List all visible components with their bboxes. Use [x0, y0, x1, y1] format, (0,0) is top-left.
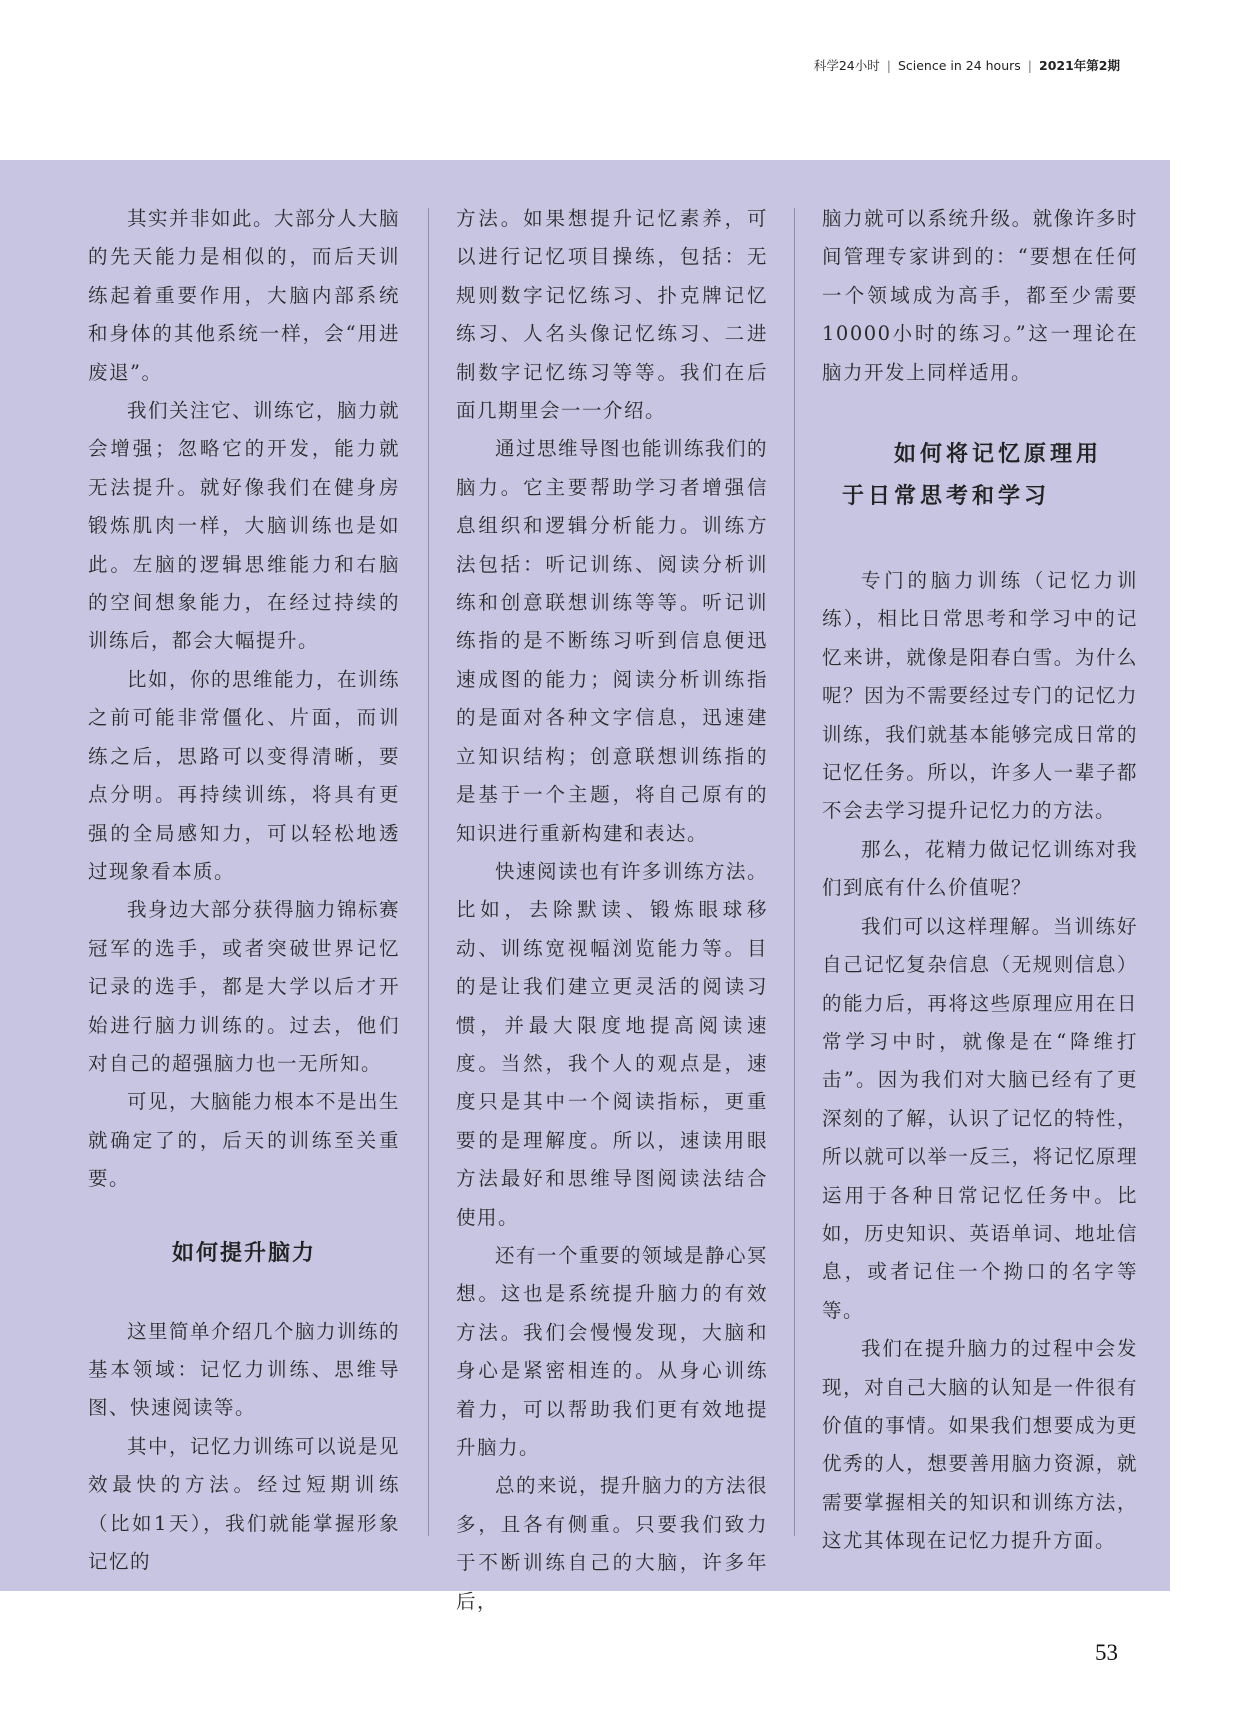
- paragraph: 总的来说，提升脑力的方法很多，且各有侧重。只要我们致力于不断训练自己的大脑，许多…: [456, 1467, 768, 1621]
- paragraph: 这里简单介绍几个脑力训练的基本领域：记忆力训练、思维导图、快速阅读等。: [88, 1313, 400, 1428]
- header-separator: |: [1028, 58, 1032, 73]
- magazine-title-en: Science in 24 hours: [898, 58, 1021, 73]
- page-number: 53: [1095, 1640, 1118, 1666]
- paragraph: 那么，花精力做记忆训练对我们到底有什么价值呢？: [822, 831, 1138, 908]
- article-column-3: 脑力就可以系统升级。就像许多时间管理专家讲到的：“要想在任何一个领域成为高手，都…: [822, 200, 1138, 1561]
- issue-label: 2021年第2期: [1039, 56, 1120, 74]
- paragraph: 专门的脑力训练（记忆力训练），相比日常思考和学习中的记忆来讲，就像是阳春白雪。为…: [822, 562, 1138, 831]
- paragraph-continued: 脑力就可以系统升级。就像许多时间管理专家讲到的：“要想在任何一个领域成为高手，都…: [822, 200, 1138, 392]
- section-heading-improve-brainpower: 如何提升脑力: [88, 1235, 400, 1273]
- paragraph: 可见，大脑能力根本不是出生就确定了的，后天的训练至关重要。: [88, 1083, 400, 1198]
- heading-line-1: 如何将记忆原理用: [822, 434, 1138, 476]
- running-header: 科学24小时 | Science in 24 hours | 2021年第2期: [814, 56, 1120, 74]
- article-column-2: 方法。如果想提升记忆素养，可以进行记忆项目操练，包括：无规则数字记忆练习、扑克牌…: [456, 200, 768, 1621]
- paragraph-continued: 方法。如果想提升记忆素养，可以进行记忆项目操练，包括：无规则数字记忆练习、扑克牌…: [456, 200, 768, 430]
- paragraph: 我身边大部分获得脑力锦标赛冠军的选手，或者突破世界记忆记录的选手，都是大学以后才…: [88, 891, 400, 1083]
- paragraph: 我们可以这样理解。当训练好自己记忆复杂信息（无规则信息）的能力后，再将这些原理应…: [822, 908, 1138, 1330]
- paragraph: 通过思维导图也能训练我们的脑力。它主要帮助学习者增强信息组织和逻辑分析能力。训练…: [456, 430, 768, 852]
- header-separator: |: [887, 58, 891, 73]
- article-column-1: 其实并非如此。大部分人大脑的先天能力是相似的，而后天训练起着重要作用，大脑内部系…: [88, 200, 400, 1581]
- paragraph: 比如，你的思维能力，在训练之前可能非常僵化、片面，而训练之后，思路可以变得清晰，…: [88, 661, 400, 891]
- column-divider: [794, 208, 795, 1536]
- heading-line-2: 于日常思考和学习: [822, 476, 1138, 518]
- column-divider: [428, 208, 429, 1536]
- paragraph: 其实并非如此。大部分人大脑的先天能力是相似的，而后天训练起着重要作用，大脑内部系…: [88, 200, 400, 392]
- section-heading-apply-memory-principles: 如何将记忆原理用 于日常思考和学习: [822, 434, 1138, 518]
- paragraph: 我们在提升脑力的过程中会发现，对自己大脑的认知是一件很有价值的事情。如果我们想要…: [822, 1330, 1138, 1560]
- paragraph: 快速阅读也有许多训练方法。比如，去除默读、锻炼眼球移动、训练宽视幅浏览能力等。目…: [456, 853, 768, 1237]
- paragraph: 还有一个重要的领域是静心冥想。这也是系统提升脑力的有效方法。我们会慢慢发现，大脑…: [456, 1237, 768, 1467]
- paragraph: 我们关注它、训练它，脑力就会增强；忽略它的开发，能力就无法提升。就好像我们在健身…: [88, 392, 400, 661]
- magazine-title-cn: 科学24小时: [814, 56, 880, 74]
- paragraph: 其中，记忆力训练可以说是见效最快的方法。经过短期训练（比如1天），我们就能掌握形…: [88, 1428, 400, 1582]
